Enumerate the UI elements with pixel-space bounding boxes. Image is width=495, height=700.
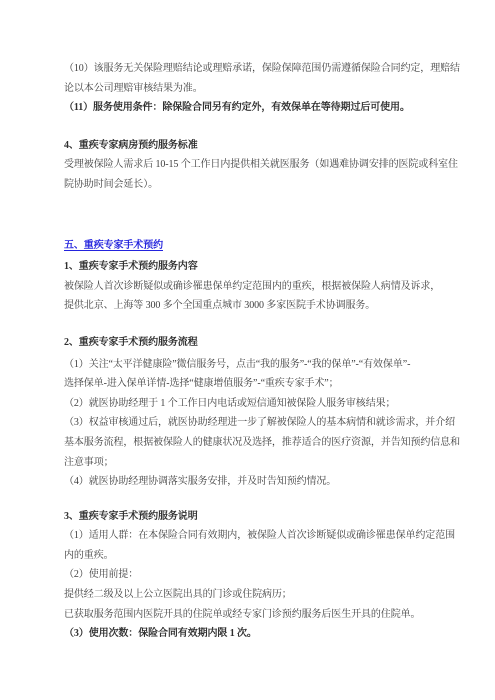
- paragraph-surgery-service-content-body: 被保险人首次诊断疑似或确诊罹患保单约定范围内的重疾，根据被保险人病情及诉求， 提…: [64, 277, 459, 316]
- paragraph-usage-count: （3）使用次数：保险合同有效期内限 1 次。: [64, 624, 459, 644]
- document-page: （10）该服务无关保险理赔结论或理赔承诺，保险保障范围仍需遵循保险合同约定，理赔…: [0, 0, 495, 700]
- paragraph-surgery-service-description-body: （1）适用人群：在本保险合同有效期内，被保险人首次诊断疑似或确诊罹患保单约定范围…: [64, 526, 459, 624]
- text-line: 受理被保险人需求后 10-15 个工作日内提供相关就医服务（如遇难协调安排的医院…: [64, 155, 459, 175]
- heading-section4-ward-reservation-standard: 4、重疾专家病房预约服务标准: [64, 136, 459, 156]
- heading-text: 3、重疾专家手术预约服务说明: [64, 507, 459, 527]
- text-line: （3）使用次数：保险合同有效期内限 1 次。: [64, 624, 459, 644]
- text-line: 提供北京、上海等 300 多个全国重点城市 3000 多家医院手术协调服务。: [64, 296, 459, 316]
- heading-text: 1、重疾专家手术预约服务内容: [64, 257, 459, 277]
- text-line: 内的重疾。: [64, 546, 459, 566]
- section-heading-text: 五、重疾专家手术预约: [64, 236, 163, 256]
- heading-text: 4、重疾专家病房预约服务标准: [64, 136, 459, 156]
- text-line: 选择保单-进入保单详情-选择“健康增值服务”-“重疾专家手术”；: [64, 374, 459, 394]
- text-line: 已获取服务范围内医院开具的住院单或经专家门诊预约服务后医生开具的住院单。: [64, 605, 459, 625]
- text-line: （1）关注“太平洋健康险”微信服务号，点击“我的服务”-“我的保单”-“有效保单…: [64, 355, 459, 375]
- paragraph-service-use-condition: （11）服务使用条件：除保险合同另有约定外，有效保单在等待期过后可使用。: [64, 98, 459, 118]
- text-line: （10）该服务无关保险理赔结论或理赔承诺，保险保障范围仍需遵循保险合同约定，理赔…: [64, 59, 459, 79]
- text-line: 基本服务流程，根据被保险人的健康状况及选择，推荐适合的医疗资源，并告知预约信息和: [64, 433, 459, 453]
- text-line: （1）适用人群：在本保险合同有效期内，被保险人首次诊断疑似或确诊罹患保单约定范围: [64, 526, 459, 546]
- text-line: 提供经二级及以上公立医院出具的门诊或住院病历；: [64, 585, 459, 605]
- heading-surgery-service-content: 1、重疾专家手术预约服务内容: [64, 257, 459, 277]
- heading-surgery-service-process: 2、重疾专家手术预约服务流程: [64, 333, 459, 353]
- paragraph-claim-disclaimer: （10）该服务无关保险理赔结论或理赔承诺，保险保障范围仍需遵循保险合同约定，理赔…: [64, 59, 459, 98]
- paragraph-surgery-service-process-body: （1）关注“太平洋健康险”微信服务号，点击“我的服务”-“我的保单”-“有效保单…: [64, 355, 459, 492]
- heading-surgery-service-description: 3、重疾专家手术预约服务说明: [64, 507, 459, 527]
- text-line: 注意事项；: [64, 453, 459, 473]
- text-line: （11）服务使用条件：除保险合同另有约定外，有效保单在等待期过后可使用。: [64, 98, 459, 118]
- heading-text: 2、重疾专家手术预约服务流程: [64, 333, 459, 353]
- text-line: （2）就医协助经理于 1 个工作日内电话或短信通知被保险人服务审核结果；: [64, 394, 459, 414]
- heading-section5-surgery-reservation: 五、重疾专家手术预约: [64, 236, 459, 256]
- text-line: （4）就医协助经理协调落实服务安排，并及时告知预约情况。: [64, 472, 459, 492]
- text-line: 院协助时间会延长）。: [64, 175, 459, 195]
- text-line: （2）使用前提：: [64, 565, 459, 585]
- paragraph-section4-standard-body: 受理被保险人需求后 10-15 个工作日内提供相关就医服务（如遇难协调安排的医院…: [64, 155, 459, 194]
- text-line: 论以本公司理赔审核结果为准。: [64, 79, 459, 99]
- text-line: 被保险人首次诊断疑似或确诊罹患保单约定范围内的重疾，根据被保险人病情及诉求，: [64, 277, 459, 297]
- text-line: （3）权益审核通过后，就医协助经理进一步了解被保险人的基本病情和就诊需求，并介绍: [64, 413, 459, 433]
